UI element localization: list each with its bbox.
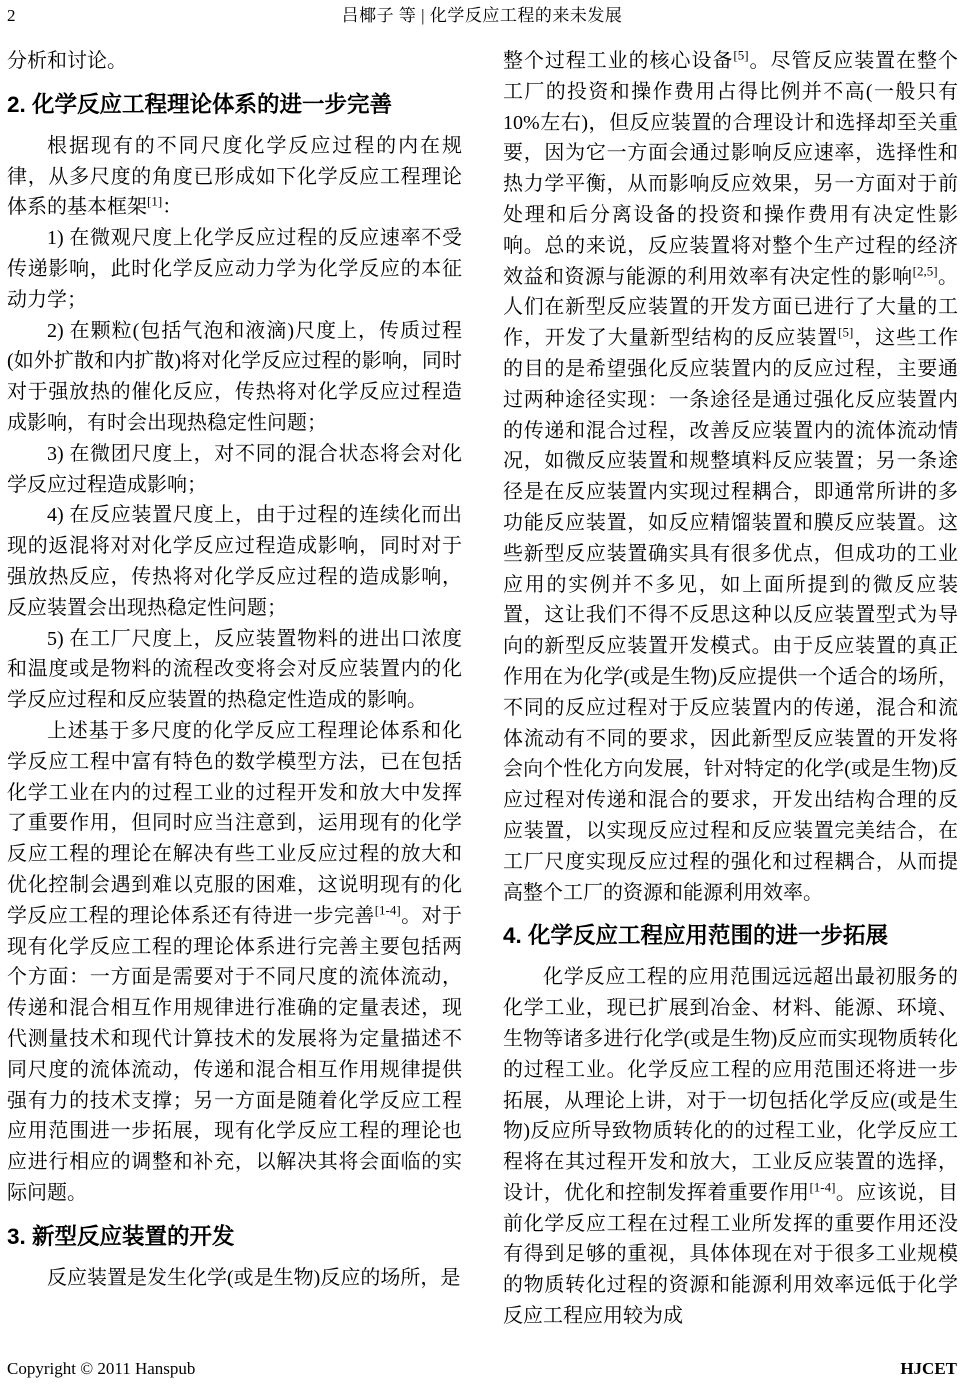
citation-ref: [1] — [147, 194, 162, 209]
section-heading: 3. 新型反应装置的开发 — [7, 1222, 462, 1252]
paragraph: 整个过程工业的核心设备[5]。尽管反应装置在整个工厂的投资和操作费用占得比例并不… — [503, 46, 958, 908]
paragraph: 上述基于多尺度的化学反应工程理论体系和化学反应工程中富有特色的数学模型方法，已在… — [7, 716, 462, 1209]
article-body: 分析和讨论。2. 化学反应工程理论体系的进一步完善根据现有的不同尺度化学反应过程… — [7, 46, 958, 1332]
paragraph: 1) 在微观尺度上化学反应过程的反应速率不受传递影响，此时化学反应动力学为化学反… — [7, 223, 462, 315]
running-title: 吕椰子 等 | 化学反应工程的来未发展 — [7, 4, 957, 28]
citation-ref: [5] — [838, 325, 853, 340]
paragraph: 化学反应工程的应用范围远远超出最初服务的化学工业，现已扩展到冶金、材料、能源、环… — [503, 962, 958, 1332]
citation-ref: [1-4] — [375, 902, 401, 917]
page-header: 2 吕椰子 等 | 化学反应工程的来未发展 — [7, 4, 957, 28]
paragraph: 4) 在反应装置尺度上，由于过程的连续化而出现的返混将对对化学反应过程造成影响，… — [7, 500, 462, 623]
document-page: 2 吕椰子 等 | 化学反应工程的来未发展 分析和讨论。2. 化学反应工程理论体… — [0, 0, 964, 1386]
citation-ref: [1-4] — [809, 1179, 835, 1194]
copyright-notice: Copyright © 2011 Hanspub — [7, 1358, 195, 1380]
paragraph: 反应装置是发生化学(或是生物)反应的场所，是 — [7, 1263, 462, 1294]
paragraph: 3) 在微团尺度上，对不同的混合状态将会对化学反应过程造成影响； — [7, 439, 462, 501]
section-heading: 4. 化学反应工程应用范围的进一步拓展 — [503, 921, 958, 951]
paragraph: 分析和讨论。 — [7, 46, 462, 77]
right-column: 整个过程工业的核心设备[5]。尽管反应装置在整个工厂的投资和操作费用占得比例并不… — [503, 46, 958, 1332]
paragraph: 根据现有的不同尺度化学反应过程的内在规律，从多尺度的角度已形成如下化学反应工程理… — [7, 131, 462, 223]
section-heading: 2. 化学反应工程理论体系的进一步完善 — [7, 90, 462, 120]
citation-ref: [5] — [733, 47, 748, 62]
left-column: 分析和讨论。2. 化学反应工程理论体系的进一步完善根据现有的不同尺度化学反应过程… — [7, 46, 462, 1332]
page-footer: Copyright © 2011 Hanspub HJCET — [7, 1358, 957, 1380]
paragraph: 5) 在工厂尺度上，反应装置物料的进出口浓度和温度或是物料的流程改变将会对反应装… — [7, 624, 462, 716]
citation-ref: [2,5] — [913, 263, 938, 278]
journal-abbreviation: HJCET — [900, 1358, 957, 1380]
paragraph: 2) 在颗粒(包括气泡和液滴)尺度上，传质过程(如外扩散和内扩散)将对化学反应过… — [7, 316, 462, 439]
